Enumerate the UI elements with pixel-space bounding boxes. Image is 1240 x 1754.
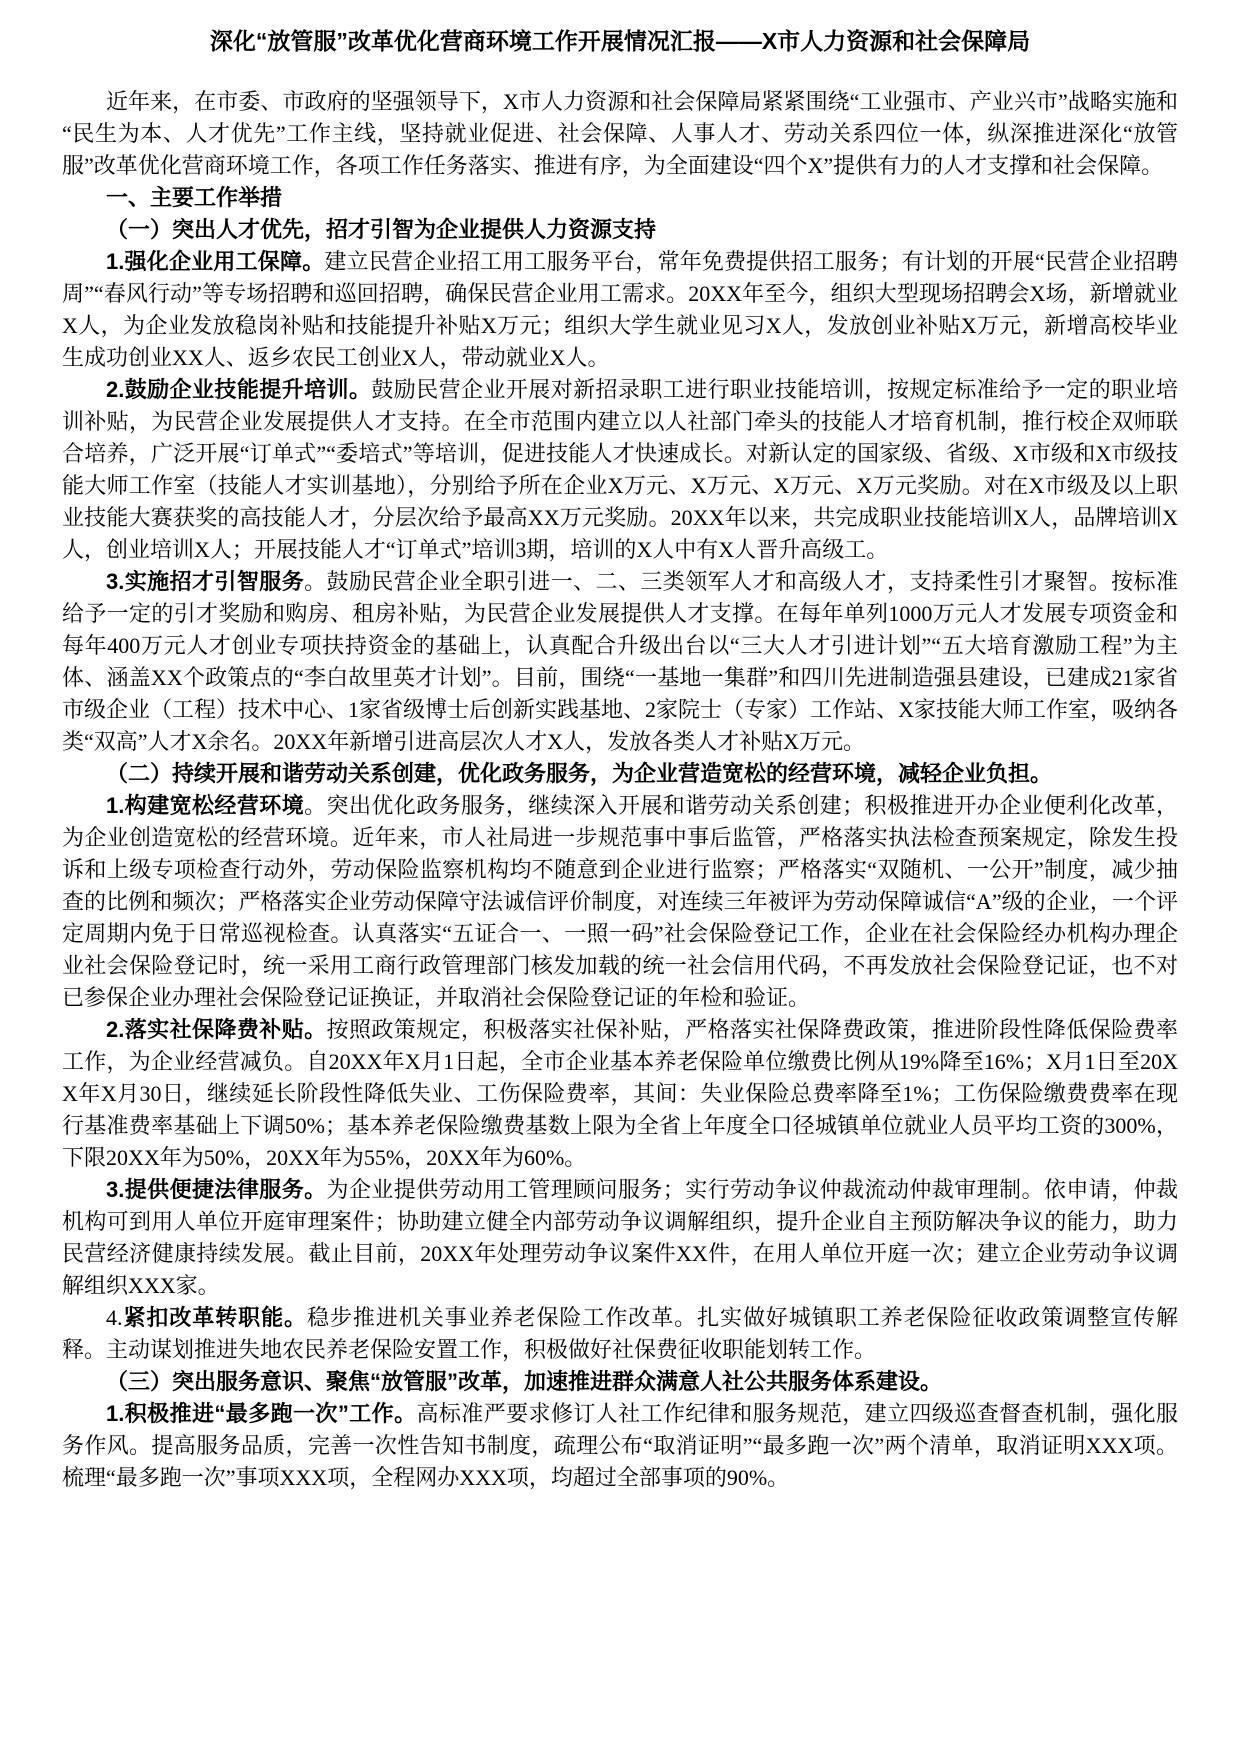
text-run: 。鼓励民营企业全职引进一、二、三类领军人才和高级人才，支持柔性引才聚智。按标准给… xyxy=(62,569,1178,754)
paragraph: 2.落实社保降费补贴。按照政策规定，积极落实社保补贴，严格落实社保降费政策，推进… xyxy=(62,1014,1178,1174)
emphasis-run: 1.构建宽松经营环境 xyxy=(106,793,304,818)
paragraph: 4.紧扣改革转职能。稳步推进机关事业养老保险工作改革。扎实做好城镇职工养老保险征… xyxy=(62,1302,1178,1366)
paragraph: 1.构建宽松经营环境。突出优化政务服务，继续深入开展和谐劳动关系创建；积极推进开… xyxy=(62,790,1178,1014)
text-run: 。突出优化政务服务，继续深入开展和谐劳动关系创建；积极推进开办企业便利化改革，为… xyxy=(62,793,1178,1010)
text-run: 鼓励民营企业开展对新招录职工进行职业技能培训，按规定标准给予一定的职业培训补贴，… xyxy=(62,377,1178,562)
paragraph: 近年来，在市委、市政府的坚强领导下，X市人力资源和社会保障局紧紧围绕“工业强市、… xyxy=(62,86,1178,182)
emphasis-run: 1.强化企业用工保障。 xyxy=(106,249,324,274)
emphasis-run: （二）持续开展和谐劳动关系创建，优化政务服务，为企业营造宽松的经营环境，减轻企业… xyxy=(106,761,1052,786)
emphasis-run: 3.实施招才引智服务 xyxy=(106,569,304,594)
emphasis-run: 3.提供便捷法律服务。 xyxy=(106,1177,327,1202)
text-run: 近年来，在市委、市政府的坚强领导下，X市人力资源和社会保障局紧紧围绕“工业强市、… xyxy=(62,89,1178,178)
paragraph: 3.实施招才引智服务。鼓励民营企业全职引进一、二、三类领军人才和高级人才，支持柔… xyxy=(62,566,1178,758)
paragraph: 2.鼓励企业技能提升培训。鼓励民营企业开展对新招录职工进行职业技能培训，按规定标… xyxy=(62,374,1178,566)
document-body: 近年来，在市委、市政府的坚强领导下，X市人力资源和社会保障局紧紧围绕“工业强市、… xyxy=(62,86,1178,1494)
text-run: 4. xyxy=(106,1305,123,1330)
section-heading: （二）持续开展和谐劳动关系创建，优化政务服务，为企业营造宽松的经营环境，减轻企业… xyxy=(62,758,1178,790)
paragraph: 1.积极推进“最多跑一次”工作。高标准严要求修订人社工作纪律和服务规范，建立四级… xyxy=(62,1398,1178,1494)
emphasis-run: 紧扣改革转职能。 xyxy=(123,1305,308,1330)
section-heading: （三）突出服务意识、聚焦“放管服”改革，加速推进群众满意人社公共服务体系建设。 xyxy=(62,1366,1178,1398)
emphasis-run: 2.鼓励企业技能提升培训。 xyxy=(106,377,371,402)
document-title: 深化“放管服”改革优化营商环境工作开展情况汇报——X市人力资源和社会保障局 xyxy=(62,24,1178,58)
emphasis-run: 2.落实社保降费补贴。 xyxy=(106,1017,327,1042)
paragraph: 1.强化企业用工保障。建立民营企业招工用工服务平台，常年免费提供招工服务；有计划… xyxy=(62,246,1178,374)
document-page: 深化“放管服”改革优化营商环境工作开展情况汇报——X市人力资源和社会保障局 近年… xyxy=(0,0,1240,1754)
paragraph: 3.提供便捷法律服务。为企业提供劳动用工管理顾问服务；实行劳动争议仲裁流动仲裁审… xyxy=(62,1174,1178,1302)
section-heading: （一）突出人才优先，招才引智为企业提供人力资源支持 xyxy=(62,214,1178,246)
emphasis-run: 1.积极推进“最多跑一次”工作。 xyxy=(106,1401,416,1426)
section-heading: 一、主要工作举措 xyxy=(62,182,1178,214)
emphasis-run: （一）突出人才优先，招才引智为企业提供人力资源支持 xyxy=(106,217,656,242)
emphasis-run: （三）突出服务意识、聚焦“放管服”改革，加速推进群众满意人社公共服务体系建设。 xyxy=(106,1369,942,1394)
emphasis-run: 一、主要工作举措 xyxy=(106,185,282,210)
